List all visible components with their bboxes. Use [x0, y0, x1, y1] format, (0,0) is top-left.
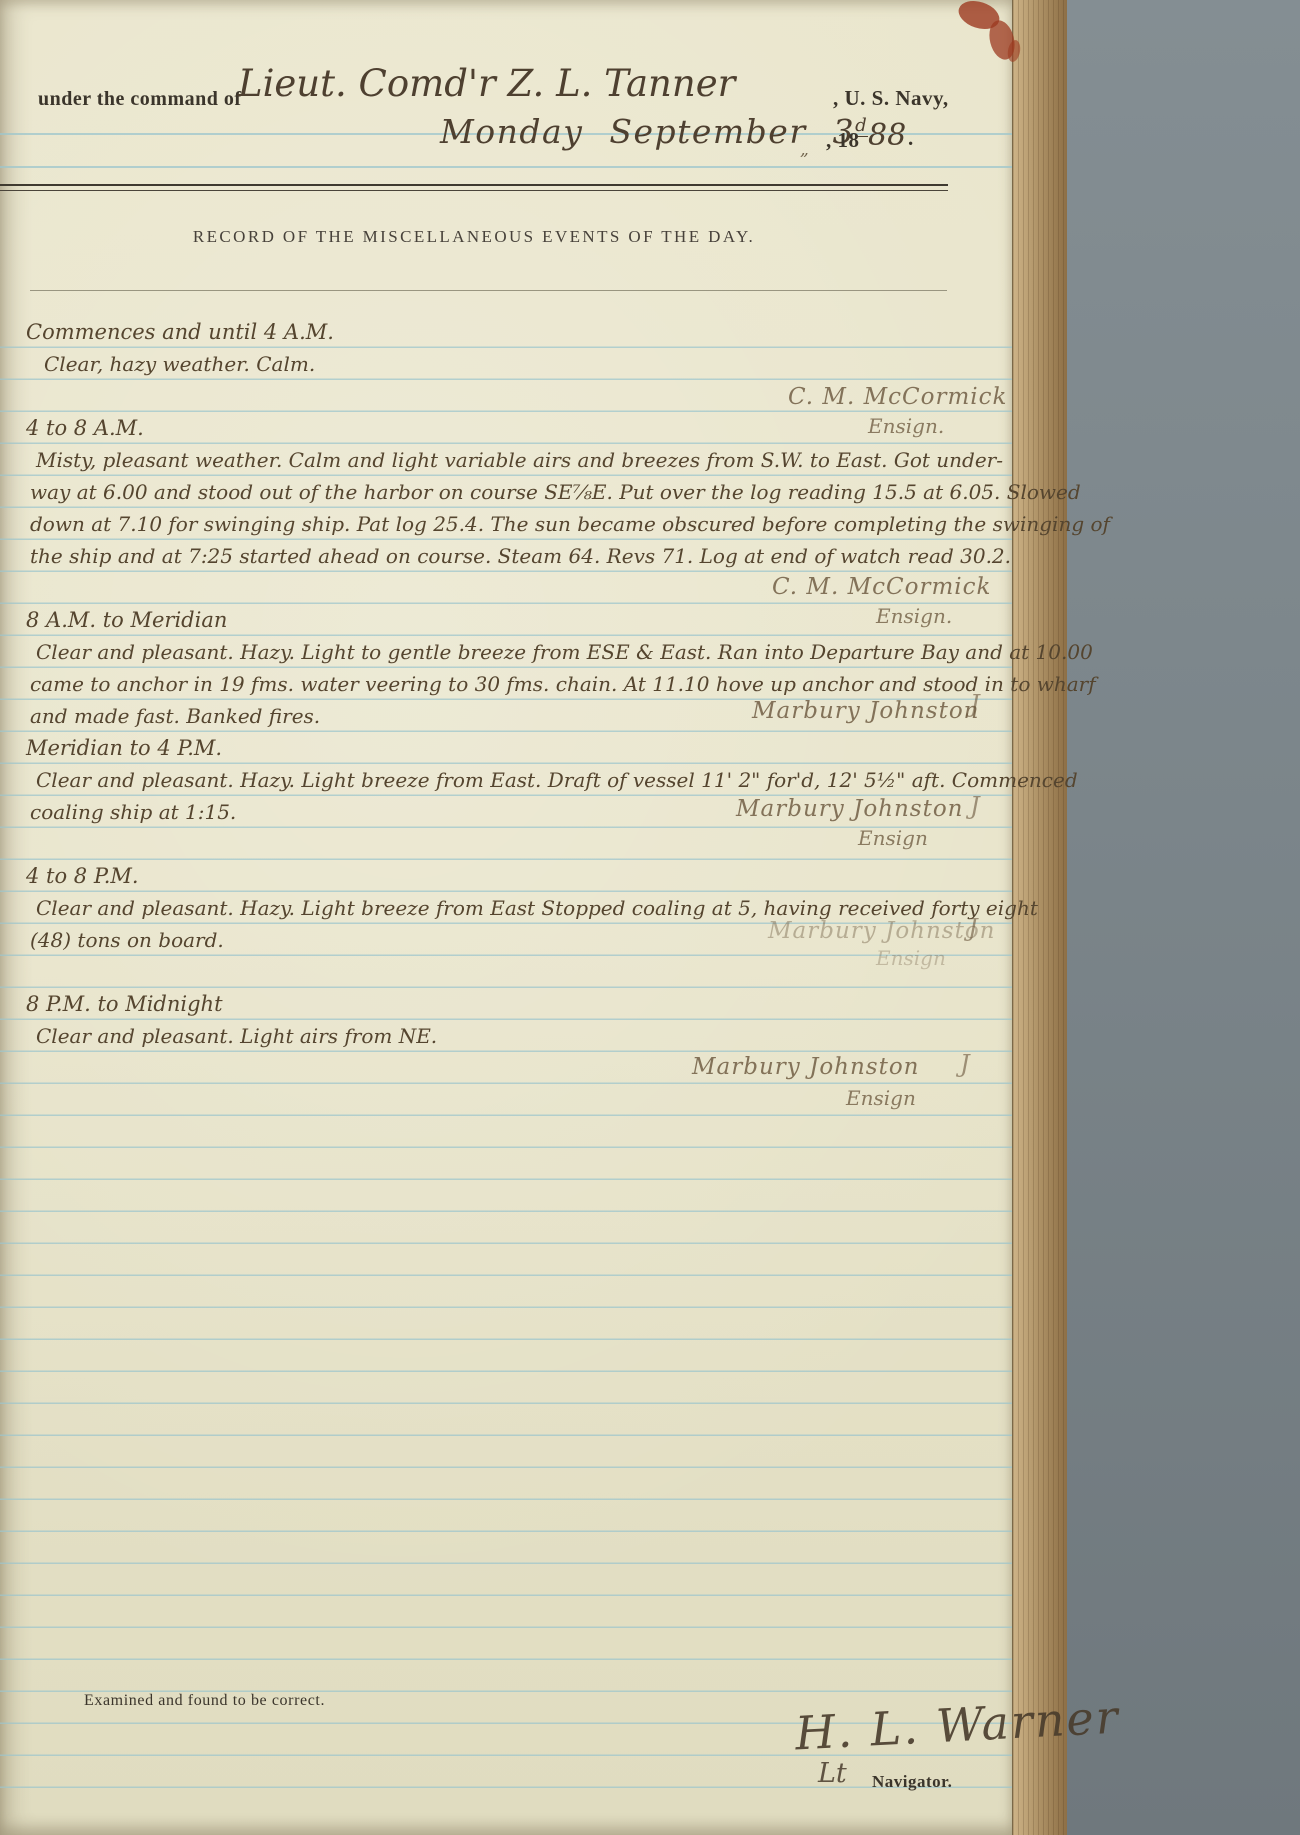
command-line-label: under the command of — [38, 88, 242, 111]
watch-officer-signature: Marbury Johnston — [692, 1054, 920, 1080]
signature-rank: Ensign. — [868, 414, 944, 438]
year-period: . — [908, 126, 914, 151]
entry-heading: 8 A.M. to Meridian — [26, 608, 227, 632]
logbook-page: under the command of Lieut. Comd'r Z. L.… — [0, 0, 1012, 1835]
navigator-label: Navigator. — [872, 1772, 952, 1792]
caption-rule — [30, 290, 947, 291]
navy-label: , U. S. Navy, — [833, 86, 949, 111]
double-rule — [0, 184, 948, 191]
commander-signature: Lieut. Comd'r Z. L. Tanner — [238, 62, 735, 105]
entry-body-line: coaling ship at 1:15. — [30, 800, 236, 824]
entry-body-line: and made fast. Banked fires. — [30, 704, 320, 728]
day-caption: RECORD OF THE MISCELLANEOUS EVENTS OF TH… — [0, 227, 948, 247]
entry-heading: 8 P.M. to Midnight — [26, 992, 223, 1016]
margin-flourish: J — [968, 914, 978, 942]
signature-rank: Ensign. — [876, 604, 952, 628]
signature-rank: Ensign — [846, 1086, 916, 1110]
signature-rank: Ensign — [858, 826, 928, 850]
year-entry: 88 — [868, 118, 906, 153]
entry-heading: 4 to 8 P.M. — [26, 864, 139, 888]
entry-body-line: the ship and at 7:25 started ahead on co… — [30, 544, 1011, 568]
logbook-scan: under the command of Lieut. Comd'r Z. L.… — [0, 0, 1300, 1835]
margin-flourish: J — [970, 690, 980, 718]
entry-body-line: Misty, pleasant weather. Calm and light … — [36, 448, 1003, 472]
entry-body-line: down at 7.10 for swinging ship. Pat log … — [30, 512, 1110, 536]
watch-officer-signature: C. M. McCormick — [788, 384, 1007, 410]
background — [1066, 0, 1300, 1835]
watch-officer-signature: Marbury Johnston — [768, 918, 996, 944]
examined-label: Examined and found to be correct. — [84, 1692, 325, 1710]
entry-body-line: came to anchor in 19 fms. water veering … — [30, 672, 1096, 696]
entry-heading: 4 to 8 A.M. — [26, 416, 144, 440]
watch-officer-signature: Marbury Johnston — [736, 796, 964, 822]
entry-body-line: Clear and pleasant. Light airs from NE. — [36, 1024, 437, 1048]
entry-heading: Commences and until 4 A.M. — [26, 320, 334, 344]
margin-flourish: J — [970, 792, 980, 820]
navigator-rank-label: Lt — [818, 1758, 847, 1789]
entry-body-line: way at 6.00 and stood out of the harbor … — [30, 480, 1081, 504]
signature-rank: Ensign — [876, 946, 946, 970]
entry-body-line: Clear and pleasant. Hazy. Light to gentl… — [36, 640, 1093, 664]
margin-flourish: J — [960, 1050, 970, 1078]
watch-officer-signature: Marbury Johnston — [752, 698, 980, 724]
watch-officer-signature: C. M. McCormick — [772, 574, 991, 600]
entry-body-line: Clear, hazy weather. Calm. — [44, 352, 315, 376]
year-label: , 18 — [826, 128, 860, 153]
entry-heading: Meridian to 4 P.M. — [26, 736, 222, 760]
entry-body-line: (48) tons on board. — [30, 928, 224, 952]
entry-body-line: Clear and pleasant. Hazy. Light breeze f… — [36, 896, 1038, 920]
entry-body-line: Clear and pleasant. Hazy. Light breeze f… — [36, 768, 1078, 792]
header-rule — [0, 166, 1012, 168]
date-suffix-marks: „ — [800, 140, 809, 160]
